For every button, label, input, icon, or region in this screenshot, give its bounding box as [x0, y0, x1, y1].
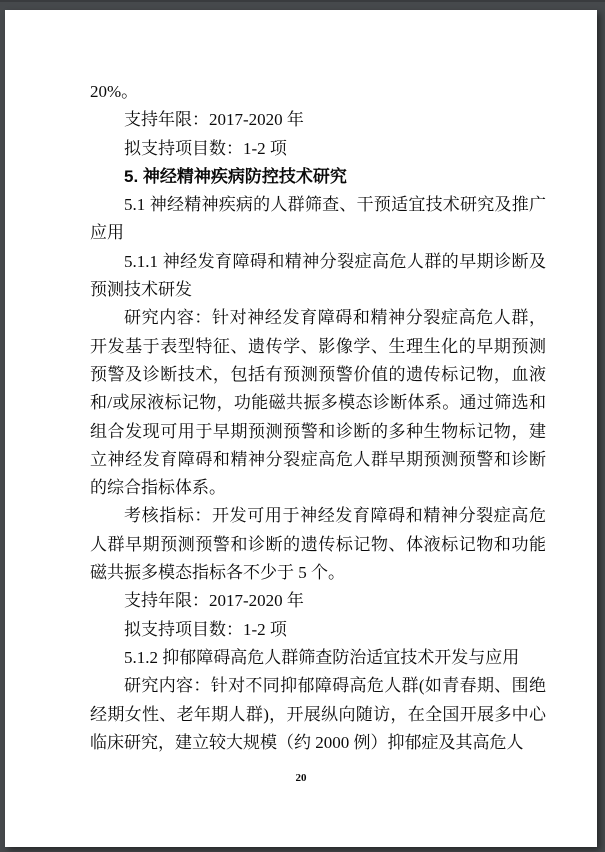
page-number: 20: [5, 772, 597, 784]
assessment-criteria-5-1-1: 考核指标：开发可用于神经发育障碍和精神分裂症高危人群早期预测预警和诊断的遗传标记…: [90, 502, 546, 587]
research-content-5-1-2: 研究内容：针对不同抑郁障碍高危人群(如青春期、围绝经期女性、老年期人群)，开展纵…: [90, 672, 546, 757]
document-page: 20%。 支持年限：2017-2020 年 拟支持项目数：1-2 项 5. 神经…: [5, 10, 597, 847]
section-5-1-2-title: 5.1.2 抑郁障碍高危人群筛查防治适宜技术开发与应用: [90, 644, 546, 672]
research-content-5-1-1: 研究内容：针对神经发育障碍和精神分裂症高危人群，开发基于表型特征、遗传学、影像学…: [90, 304, 546, 502]
section-5-1-1-title: 5.1.1 神经发育障碍和精神分裂症高危人群的早期诊断及预测技术研发: [90, 248, 546, 305]
document-viewer-frame: 20%。 支持年限：2017-2020 年 拟支持项目数：1-2 项 5. 神经…: [0, 0, 605, 852]
support-period-line: 支持年限：2017-2020 年: [90, 106, 546, 134]
section-5-heading: 5. 神经精神疾病防控技术研究: [90, 163, 546, 191]
project-count-line: 拟支持项目数：1-2 项: [90, 135, 546, 163]
project-count-line-2: 拟支持项目数：1-2 项: [90, 616, 546, 644]
section-5-1-title: 5.1 神经精神疾病的人群筛查、干预适宜技术研究及推广应用: [90, 191, 546, 248]
page-content: 20%。 支持年限：2017-2020 年 拟支持项目数：1-2 项 5. 神经…: [90, 78, 546, 757]
support-period-line-2: 支持年限：2017-2020 年: [90, 587, 546, 615]
continuation-text: 20%。: [90, 78, 546, 106]
